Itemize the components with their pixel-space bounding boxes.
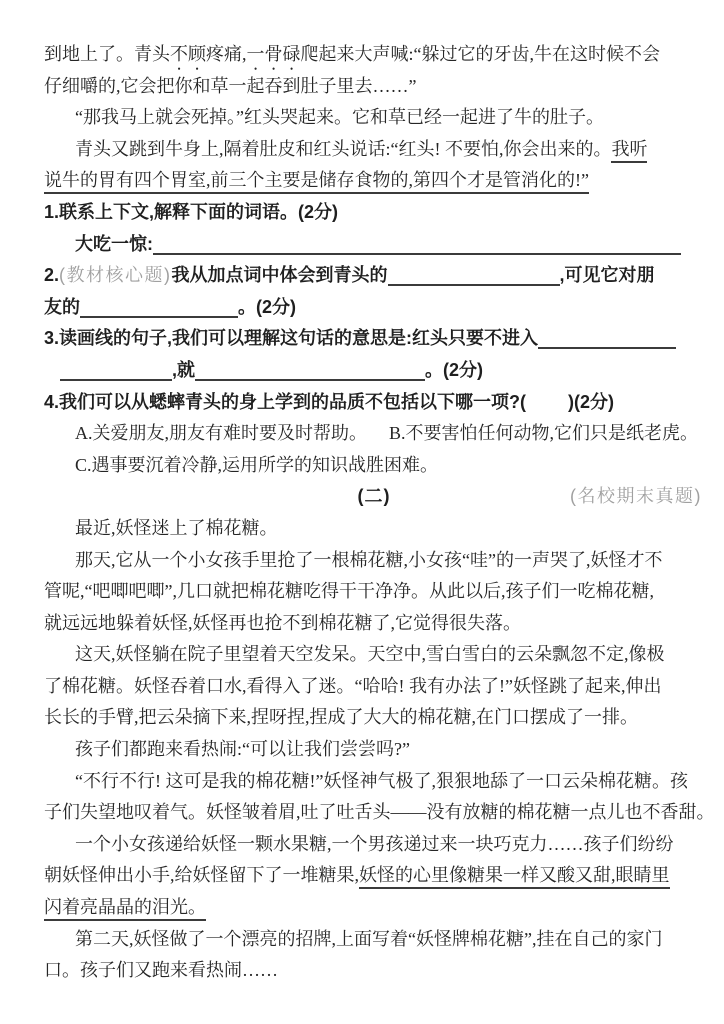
- text-segment: “不行不行! 这可是我的棉花糖!”妖怪神气极了,狠狠地舔了一口云朵棉花糖。孩: [75, 771, 688, 791]
- underlined-text: 说牛的胃有四个胃室,前三个主要是储存食物的,第四个才是管消化的!”: [44, 170, 589, 194]
- underlined-text: 闪着亮晶晶的泪光。: [44, 897, 206, 921]
- answer-blank: [538, 325, 676, 349]
- text-segment: 。(2分): [425, 360, 483, 380]
- answer-blank: [80, 294, 238, 318]
- section-source-tag: (名校期末真题): [570, 481, 702, 513]
- text-segment: 爬起来大声喊:“躲过它的牙齿,牛在这时候不会: [301, 44, 661, 64]
- text-segment: 2.: [44, 265, 59, 285]
- text-segment: 最近,妖怪迷上了棉花糖。: [75, 518, 278, 538]
- text-segment: 第二天,妖怪做了一个漂亮的招牌,上面写着“妖怪牌棉花糖”,挂在自己的家门: [75, 929, 662, 949]
- passage-line: 子们失望地叹着气。妖怪皱着眉,吐了吐舌头——没有放糖的棉花糖一点儿也不香甜。: [44, 797, 704, 829]
- passage-line: 这天,妖怪躺在院子里望着天空发呆。天空中,雪白雪白的云朵飘忽不定,像极: [44, 639, 704, 671]
- text-segment: 。(2分): [238, 297, 296, 317]
- text-segment: ,就: [172, 360, 195, 380]
- text-segment: 孩子们都跑来看热闹:“可以让我们尝尝吗?”: [75, 739, 410, 759]
- text-segment: 长长的手臂,把云朵摘下来,捏呀捏,捏成了大大的棉花糖,在门口摆成了一排。: [44, 707, 638, 727]
- answer-blank: [388, 262, 560, 286]
- question-line: 2.(教材核心题)我从加点词中体会到青头的,可见它对朋: [44, 260, 704, 292]
- passage-line: 青头又跳到牛身上,隔着肚皮和红头说话:“红头! 不要怕,你会出来的。我听: [44, 134, 704, 166]
- answer-blank: [60, 357, 172, 381]
- text-segment: 友的: [44, 297, 80, 317]
- text-segment: 仔细嚼的,它会把你和草一起吞到肚子里去……”: [44, 76, 417, 96]
- text-segment: 了棉花糖。妖怪吞着口水,看得入了迷。“哈哈! 我有办法了!”妖怪跳了起来,伸出: [44, 676, 661, 696]
- passage-line: 第二天,妖怪做了一个漂亮的招牌,上面写着“妖怪牌棉花糖”,挂在自己的家门: [44, 924, 704, 956]
- passage-line: “不行不行! 这可是我的棉花糖!”妖怪神气极了,狠狠地舔了一口云朵棉花糖。孩: [44, 766, 704, 798]
- text-segment: A.关爱朋友,朋友有难时要及时帮助。: [75, 423, 367, 443]
- scanned-exam-page: 到地上了。青头不顾疼痛,一骨碌爬起来大声喊:“躲过它的牙齿,牛在这时候不会仔细嚼…: [0, 0, 724, 1024]
- emphasized-word: 一骨碌: [247, 44, 301, 64]
- text-segment: 就远远地躲着妖怪,妖怪再也抢不到棉花糖了,它觉得很失落。: [44, 613, 521, 633]
- underlined-text: 我听: [611, 139, 647, 163]
- passage-line: 口。孩子们又跑来看热闹……: [44, 955, 704, 987]
- text-segment: 青头又跳到牛身上,隔着肚皮和红头说话:“红头! 不要怕,你会出来的。: [75, 139, 611, 159]
- question-line: 4.我们可以从蟋蟀青头的身上学到的品质不包括以下哪一项?()(2分): [44, 387, 704, 419]
- question-line: ,就。(2分): [44, 355, 704, 387]
- passage-line: 最近,妖怪迷上了棉花糖。: [44, 513, 704, 545]
- text-segment: 大吃一惊:: [75, 234, 153, 254]
- text-segment: 4.我们可以从蟋蟀青头的身上学到的品质不包括以下哪一项?(: [44, 392, 526, 412]
- passage-line: 闪着亮晶晶的泪光。: [44, 892, 704, 924]
- passage-line: “那我马上就会死掉。”红头哭起来。它和草已经一起进了牛的肚子。: [44, 102, 704, 134]
- text-segment: ,可见它对朋: [560, 265, 655, 285]
- option-line: C.遇事要沉着冷静,运用所学的知识战胜困难。: [44, 450, 704, 482]
- text-segment: 到地上了。青头: [44, 44, 170, 64]
- section-heading: (二)(名校期末真题): [44, 481, 704, 513]
- question-line: 3.读画线的句子,我们可以理解这句话的意思是:红头只要不进入: [44, 323, 704, 355]
- text-segment: 3.读画线的句子,我们可以理解这句话的意思是:红头只要不进入: [44, 328, 538, 348]
- text-segment: “那我马上就会死掉。”红头哭起来。它和草已经一起进了牛的肚子。: [75, 107, 604, 127]
- underlined-text: 妖怪的心里像糖果一样又酸又甜,眼睛里: [359, 865, 670, 889]
- text-segment: )(2分): [568, 392, 614, 412]
- answer-blank: [153, 231, 681, 255]
- passage-line: 到地上了。青头不顾疼痛,一骨碌爬起来大声喊:“躲过它的牙齿,牛在这时候不会: [44, 39, 704, 71]
- passage-line: 长长的手臂,把云朵摘下来,捏呀捏,捏成了大大的棉花糖,在门口摆成了一排。: [44, 702, 704, 734]
- text-segment: 这天,妖怪躺在院子里望着天空发呆。天空中,雪白雪白的云朵飘忽不定,像极: [75, 644, 665, 664]
- text-segment: 那天,它从一个小女孩手里抢了一根棉花糖,小女孩“哇”的一声哭了,妖怪才不: [75, 550, 662, 570]
- text-segment: 管呢,“吧唧吧唧”,几口就把棉花糖吃得干干净净。从此以后,孩子们一吃棉花糖,: [44, 581, 654, 601]
- text-segment: 1.联系上下文,解释下面的词语。(2分): [44, 202, 338, 222]
- passage-line: 管呢,“吧唧吧唧”,几口就把棉花糖吃得干干净净。从此以后,孩子们一吃棉花糖,: [44, 576, 704, 608]
- document-body: 到地上了。青头不顾疼痛,一骨碌爬起来大声喊:“躲过它的牙齿,牛在这时候不会仔细嚼…: [44, 39, 704, 987]
- question-line: 大吃一惊:: [44, 229, 704, 261]
- answer-blank: [195, 357, 425, 381]
- text-segment: 一个小女孩递给妖怪一颗水果糖,一个男孩递过来一块巧克力……孩子们纷纷: [75, 834, 674, 854]
- emphasized-word: 不顾: [170, 44, 206, 64]
- passage-line: 仔细嚼的,它会把你和草一起吞到肚子里去……”: [44, 71, 704, 103]
- passage-line: 朝妖怪伸出小手,给妖怪留下了一堆糖果,妖怪的心里像糖果一样又酸又甜,眼睛里: [44, 860, 704, 892]
- passage-line: 说牛的胃有四个胃室,前三个主要是储存食物的,第四个才是管消化的!”: [44, 165, 704, 197]
- question-line: 1.联系上下文,解释下面的词语。(2分): [44, 197, 704, 229]
- passage-line: 就远远地躲着妖怪,妖怪再也抢不到棉花糖了,它觉得很失落。: [44, 608, 704, 640]
- text-segment: 口。孩子们又跑来看热闹……: [44, 960, 278, 980]
- option-line: A.关爱朋友,朋友有难时要及时帮助。B.不要害怕任何动物,它们只是纸老虎。: [44, 418, 704, 450]
- passage-line: 那天,它从一个小女孩手里抢了一根棉花糖,小女孩“哇”的一声哭了,妖怪才不: [44, 545, 704, 577]
- passage-line: 孩子们都跑来看热闹:“可以让我们尝尝吗?”: [44, 734, 704, 766]
- text-segment: 我从加点词中体会到青头的: [172, 265, 388, 285]
- passage-line: 了棉花糖。妖怪吞着口水,看得入了迷。“哈哈! 我有办法了!”妖怪跳了起来,伸出: [44, 671, 704, 703]
- text-segment: B.不要害怕任何动物,它们只是纸老虎。: [389, 423, 698, 443]
- text-segment: C.遇事要沉着冷静,运用所学的知识战胜困难。: [75, 455, 438, 475]
- text-segment: 子们失望地叹着气。妖怪皱着眉,吐了吐舌头——没有放糖的棉花糖一点儿也不香甜。: [44, 802, 715, 822]
- passage-line: 一个小女孩递给妖怪一颗水果糖,一个男孩递过来一块巧克力……孩子们纷纷: [44, 829, 704, 861]
- source-tag: (教材核心题): [59, 265, 172, 285]
- question-line: 友的。(2分): [44, 292, 704, 324]
- text-segment: 朝妖怪伸出小手,给妖怪留下了一堆糖果,: [44, 865, 359, 885]
- text-segment: 疼痛,: [206, 44, 247, 64]
